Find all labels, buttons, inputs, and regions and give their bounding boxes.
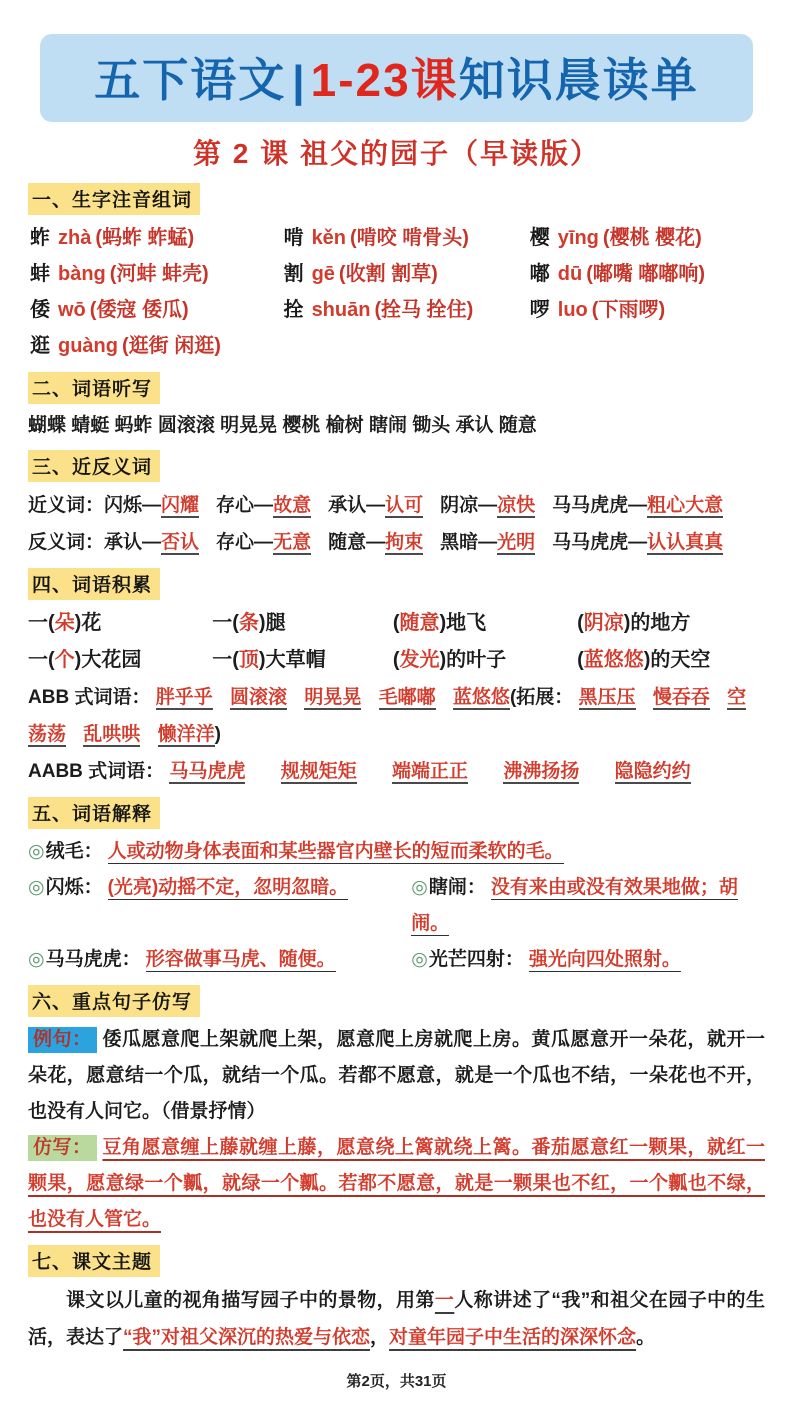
quantifier-item: 一(顶)大草帽 (212, 642, 393, 679)
aabb-label: AABB 式词语： (28, 761, 164, 782)
title-divider: | (286, 57, 310, 106)
circle-bullet-icon: ◎ (28, 841, 45, 862)
vocab-entry: 嘟dū(嘟嘴 嘟嘟响) (530, 258, 765, 291)
vocab-entry: 拴shuān(拴马 拴住) (284, 294, 530, 327)
title-part-lessons: 1-23课 (311, 54, 459, 106)
study-sheet-page: 五下语文|1-23课知识晨读单 第 2 课 祖父的园子（早读版） 一、生字注音组… (0, 0, 793, 1409)
section-heading-definitions: 五、词语解释 (28, 797, 160, 829)
vocab-entry: 倭wō(倭寇 倭瓜) (30, 294, 284, 327)
definition-item: ◎光芒四射：强光向四处照射。 (411, 942, 765, 978)
synonym-row: 近义词： 闪烁—闪耀 存心—故意 承认—认可 阴凉—凉快 马马虎虎—粗心大意 (28, 487, 765, 524)
section-dictation: 二、词语听写 蝴蝶 蜻蜓 蚂蚱 圆滚滚 明晃晃 樱桃 榆树 瞎闹 锄头 承认 随… (28, 365, 765, 443)
vocab-entry: 蚌bàng(河蚌 蚌壳) (30, 258, 284, 291)
vocab-entry: 啃kěn(啃咬 啃骨头) (284, 222, 530, 255)
abb-label: ABB 式词语： (28, 687, 150, 708)
title-part-name: 知识晨读单 (459, 54, 699, 106)
vocab-entry: 樱yīng(樱桃 樱花) (530, 222, 765, 255)
vocab-entry: 蚱zhà(蚂蚱 蚱蜢) (30, 222, 284, 255)
title-banner: 五下语文|1-23课知识晨读单 (40, 34, 753, 122)
aabb-words-line: AABB 式词语： 马马虎虎 规规矩矩 端端正正 沸沸扬扬 隐隐约约 (28, 753, 765, 790)
section-vocab: 一、生字注音组词 蚱zhà(蚂蚱 蚱蜢) 啃kěn(啃咬 啃骨头) 樱yīng(… (28, 176, 765, 365)
antonym-label: 反义词： (28, 524, 104, 561)
imitation-label: 仿写： (28, 1135, 97, 1161)
word-pair: 闪烁—闪耀 (104, 487, 199, 524)
word-pair: 马马虎虎—认认真真 (552, 524, 723, 561)
circle-bullet-icon: ◎ (411, 877, 428, 898)
word-pair: 存心—故意 (216, 487, 311, 524)
word-pair: 承认—否认 (104, 524, 199, 561)
quantifier-item: (蓝悠悠)的天空 (577, 642, 765, 679)
definition-row: ◎闪烁：(光亮)动摇不定，忽明忽暗。 ◎瞎闹：没有来由或没有效果地做；胡闹。 (28, 870, 765, 942)
lesson-subtitle: 第 2 课 祖父的园子（早读版） (28, 132, 765, 172)
circle-bullet-icon: ◎ (28, 949, 45, 970)
section-heading-imitation: 六、重点句子仿写 (28, 985, 200, 1017)
section-syn-ant: 三、近反义词 近义词： 闪烁—闪耀 存心—故意 承认—认可 阴凉—凉快 马马虎虎… (28, 443, 765, 561)
definition-item: ◎马马虎虎：形容做事马虎、随便。 (28, 942, 411, 978)
section-theme: 七、课文主题 课文以儿童的视角描写园子中的景物，用第一人称讲述了“我”和祖父在园… (28, 1238, 765, 1356)
word-pair: 随意—拘束 (328, 524, 423, 561)
section-sentence-imitation: 六、重点句子仿写 例句：倭瓜愿意爬上架就爬上架，愿意爬上房就爬上房。黄瓜愿意开一… (28, 978, 765, 1238)
quantifier-item: 一(朵)花 (28, 605, 212, 642)
word-pair: 存心—无意 (216, 524, 311, 561)
definition-item: ◎绒毛：人或动物身体表面和某些器官内壁长的短而柔软的毛。 (28, 834, 765, 870)
quantifier-item: 一(条)腿 (212, 605, 393, 642)
quantifier-item: (阴凉)的地方 (577, 605, 765, 642)
dictation-words: 蝴蝶 蜻蜓 蚂蚱 圆滚滚 明晃晃 樱桃 榆树 瞎闹 锄头 承认 随意 (28, 409, 765, 443)
circle-bullet-icon: ◎ (28, 877, 45, 898)
section-heading-accumulation: 四、词语积累 (28, 568, 160, 600)
page-number: 第2页，共31页 (28, 1356, 765, 1399)
section-heading-vocab: 一、生字注音组词 (28, 183, 200, 215)
quantifier-item: (随意)地飞 (393, 605, 577, 642)
antonym-row: 反义词： 承认—否认 存心—无意 随意—拘束 黑暗—光明 马马虎虎—认认真真 (28, 524, 765, 561)
definition-item: ◎瞎闹：没有来由或没有效果地做；胡闹。 (411, 870, 765, 942)
quantifier-grid: 一(朵)花 一(条)腿 (随意)地飞 (阴凉)的地方 一(个)大花园 一(顶)大… (28, 605, 765, 679)
circle-bullet-icon: ◎ (411, 949, 428, 970)
example-label: 例句： (28, 1027, 97, 1053)
word-pair: 黑暗—光明 (440, 524, 535, 561)
vocab-entry: 啰luo(下雨啰) (530, 294, 765, 327)
definition-item: ◎闪烁：(光亮)动摇不定，忽明忽暗。 (28, 870, 411, 942)
title-part-grade: 五下语文 (94, 54, 286, 106)
abb-words-line: ABB 式词语： 胖乎乎 圆滚滚 明晃晃 毛嘟嘟 蓝悠悠(拓展： 黑压压 慢吞吞… (28, 679, 765, 753)
definition-row: ◎马马虎虎：形容做事马虎、随便。 ◎光芒四射：强光向四处照射。 (28, 942, 765, 978)
vocab-entry: 割gē(收割 割草) (284, 258, 530, 291)
theme-paragraph: 课文以儿童的视角描写园子中的景物，用第一人称讲述了“我”和祖父在园子中的生活，表… (28, 1282, 765, 1356)
synonym-label: 近义词： (28, 487, 104, 524)
vocab-grid: 蚱zhà(蚂蚱 蚱蜢) 啃kěn(啃咬 啃骨头) 樱yīng(樱桃 樱花) 蚌b… (30, 222, 765, 363)
example-sentence: 例句：倭瓜愿意爬上架就爬上架，愿意爬上房就爬上房。黄瓜愿意开一朵花，就开一朵花，… (28, 1022, 765, 1130)
section-heading-dictation: 二、词语听写 (28, 372, 160, 404)
word-pair: 承认—认可 (328, 487, 423, 524)
quantifier-item: (发光)的叶子 (393, 642, 577, 679)
word-pair: 马马虎虎—粗心大意 (552, 487, 723, 524)
quantifier-item: 一(个)大花园 (28, 642, 212, 679)
imitation-sentence: 仿写：豆角愿意缠上藤就缠上藤，愿意绕上篱就绕上篱。番茄愿意红一颗果，就红一颗果，… (28, 1130, 765, 1238)
section-word-accumulation: 四、词语积累 一(朵)花 一(条)腿 (随意)地飞 (阴凉)的地方 一(个)大花… (28, 561, 765, 790)
section-heading-theme: 七、课文主题 (28, 1245, 160, 1277)
vocab-entry: 逛guàng(逛街 闲逛) (30, 330, 284, 363)
section-definitions: 五、词语解释 ◎绒毛：人或动物身体表面和某些器官内壁长的短而柔软的毛。 ◎闪烁：… (28, 790, 765, 978)
section-heading-syn-ant: 三、近反义词 (28, 450, 160, 482)
word-pair: 阴凉—凉快 (440, 487, 535, 524)
